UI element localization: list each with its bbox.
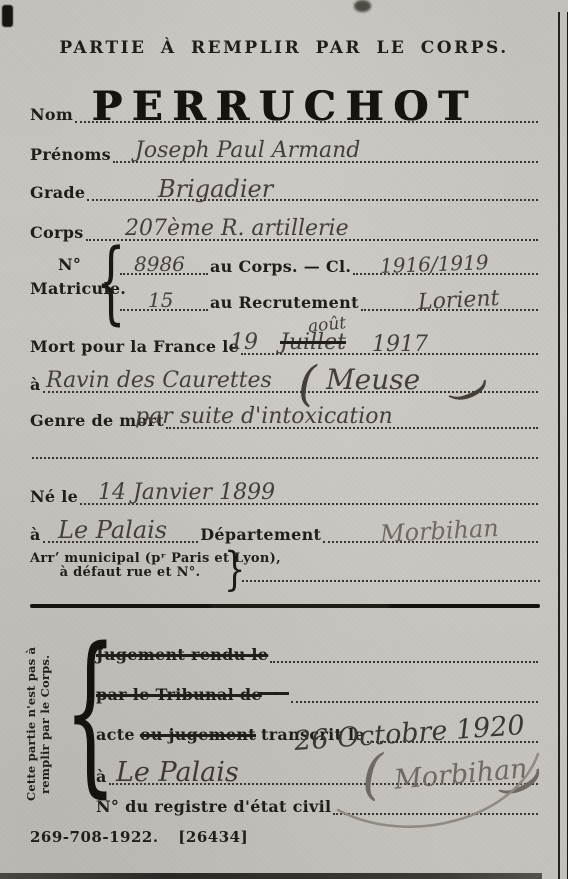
- registre-label: N° du registre d'état civil: [96, 798, 331, 816]
- acte-label: acte: [96, 726, 135, 744]
- etat-civil-section: Cette partie n'est pas à remplir par le …: [0, 622, 568, 834]
- mort-jour: 19: [230, 332, 258, 354]
- arr-label-line2: à défaut rue et N°.: [30, 566, 230, 580]
- field-prenoms: Prénoms Joseph Paul Armand: [30, 138, 540, 164]
- military-death-record-card: PARTIE À REMPLIR PAR LE CORPS. Nom PERRU…: [0, 0, 568, 879]
- blank-dotted-line: [30, 446, 540, 460]
- matricule-corps-line: au Corps. — Cl. 8986 1916/1919: [118, 252, 540, 276]
- arr-label-line1: Arrʼ municipal (pʳ Paris et Lyon),: [30, 552, 230, 566]
- mort-departement-value: Meuse: [326, 366, 420, 394]
- field-grade: Grade Brigadier: [30, 176, 540, 202]
- ink-blot-top-left: [2, 5, 13, 27]
- imprint-code: 269-708-1922.: [30, 828, 159, 846]
- field-genre-mort: Genre de mort par suite d'intoxication: [30, 404, 540, 430]
- mort-annee: 1917: [372, 334, 428, 356]
- ne-le-label: Né le: [30, 488, 78, 506]
- prenoms-value: Joseph Paul Armand: [135, 140, 360, 162]
- jugement-label-struck: Jugement rendu le: [96, 646, 268, 664]
- imprint-reference: [26434]: [178, 828, 248, 846]
- dotted-line: [242, 578, 540, 582]
- imprint: 269-708-1922. [26434]: [30, 828, 248, 846]
- field-matricule: N° Matricule. { au Corps. — Cl. 8986 191…: [30, 248, 540, 322]
- field-transcription: acte ou jugement transcrit le 26 Octobre…: [96, 720, 540, 744]
- prenoms-label: Prénoms: [30, 146, 111, 164]
- mort-lieu-value: Ravin des Caurettes: [46, 370, 272, 392]
- dotted-line: [87, 199, 538, 201]
- bottom-page-edge: [0, 873, 542, 879]
- field-arr-municipal: Arrʼ municipal (pʳ Paris et Lyon), à déf…: [30, 550, 540, 596]
- matricule-no-label: N°: [58, 256, 81, 274]
- a-label: à: [30, 526, 41, 544]
- field-jugement: Jugement rendu le: [96, 640, 540, 664]
- naissance-lieu-value: Le Palais: [58, 518, 167, 542]
- field-mort-lieu: à Ravin des Caurettes ( Meuse ): [30, 366, 540, 394]
- corps-label: Corps: [30, 224, 84, 242]
- classe-value: 1916/1919: [380, 252, 489, 276]
- field-mort-date: Mort pour la France le 19 Juillet août 1…: [30, 330, 540, 356]
- au-recrutement-label: au Recrutement: [210, 294, 359, 312]
- departement-label: Département: [200, 526, 321, 544]
- arr-brace: }: [224, 546, 245, 592]
- au-corps-label: au Corps. — Cl.: [210, 258, 351, 276]
- field-tribunal: par le Tribunal de: [96, 680, 540, 704]
- ou-jugement-struck: ou jugement: [140, 726, 256, 744]
- matricule-recrutement-value: 15: [148, 290, 173, 310]
- grade-label: Grade: [30, 184, 85, 202]
- transcription-lieu-value: Le Palais: [116, 759, 239, 786]
- mort-label: Mort pour la France le: [30, 338, 239, 356]
- nom-value: PERRUCHOT: [60, 87, 510, 127]
- corps-value: 207ème R. artillerie: [125, 218, 349, 240]
- a-label: à: [96, 768, 107, 786]
- naissance-date-value: 14 Janvier 1899: [98, 482, 275, 504]
- smudge-top-center: [354, 0, 371, 12]
- handwritten-open-paren: (: [298, 360, 317, 408]
- matricule-corps-value: 8986: [134, 254, 185, 274]
- tribunal-label-struck: par le Tribunal de: [96, 686, 289, 704]
- grade-value: Brigadier: [158, 177, 273, 201]
- matricule-recrutement-line: au Recrutement 15 Lorient: [118, 288, 540, 312]
- genre-mort-value: par suite d'intoxication: [135, 406, 393, 428]
- form-title: PARTIE À REMPLIR PAR LE CORPS.: [0, 38, 568, 58]
- dotted-line: [291, 701, 538, 703]
- pencil-swash: [300, 748, 545, 853]
- field-naissance-date: Né le 14 Janvier 1899: [30, 480, 540, 506]
- bureau-recrutement-value: Lorient: [417, 288, 499, 314]
- arr-municipal-label: Arrʼ municipal (pʳ Paris et Lyon), à déf…: [30, 552, 230, 581]
- naissance-departement-value: Morbihan: [379, 516, 499, 546]
- field-naissance-lieu: à Département Le Palais Morbihan: [30, 518, 540, 544]
- dotted-line: [270, 661, 538, 663]
- field-nom: Nom PERRUCHOT: [30, 98, 540, 124]
- mort-mois-corrige: août: [307, 315, 347, 336]
- dotted-line: [32, 457, 538, 459]
- section-divider: [30, 604, 540, 608]
- a-label: à: [30, 376, 41, 394]
